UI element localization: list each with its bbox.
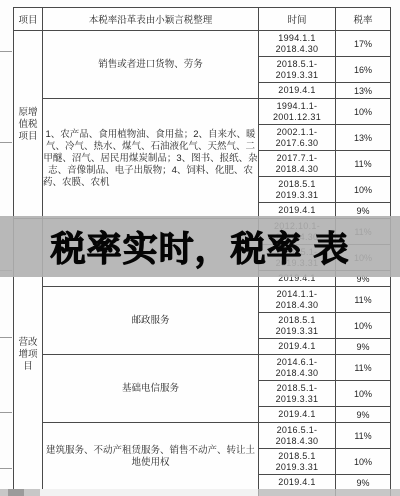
table-row: 邮政服务2014.1.1-2018.4.3011% — [14, 287, 391, 313]
rate-cell: 9% — [336, 339, 391, 355]
time-line: 1994.1.1- — [259, 101, 335, 112]
rate-cell: 17% — [336, 31, 391, 57]
time-line: 2017.6.30 — [259, 138, 335, 149]
time-line: 2019.4.1 — [259, 85, 335, 96]
time-line: 2019.4.1 — [259, 205, 335, 216]
time-line: 2018.5.1 — [259, 451, 335, 462]
page: 项目 本税率沿革表由小颖言税整理 时间 税率 原增值税项目销售或者进口货物、劳务… — [0, 0, 400, 496]
time-line: 2018.4.30 — [259, 300, 335, 311]
time-cell: 2019.4.1 — [259, 407, 336, 423]
time-line: 2018.4.30 — [259, 436, 335, 447]
left-ruler-tick — [0, 142, 12, 143]
time-cell: 1994.1.1-2001.12.31 — [259, 99, 336, 125]
time-line: 2002.1.1- — [259, 127, 335, 138]
time-cell: 2019.4.1 — [259, 83, 336, 99]
time-line: 2019.3.31 — [259, 394, 335, 405]
group-description: 1、农产品、食用植物油、食用盐；2、自来水、暖气、冷气、热水、煤气、石油液化气、… — [43, 99, 259, 219]
time-line: 2018.5.1 — [259, 179, 335, 190]
strip-white-segment — [40, 489, 258, 496]
rate-cell: 11% — [336, 355, 391, 381]
strip-gridline — [335, 489, 336, 496]
group-description: 基础电信服务 — [43, 355, 259, 423]
time-cell: 2018.5.12019.3.31 — [259, 177, 336, 203]
table-row: 原增值税项目销售或者进口货物、劳务1994.1.12018.4.3017% — [14, 31, 391, 57]
watermark-banner: 税率实时，税率 表 — [0, 216, 400, 277]
time-line: 2014.6.1- — [259, 357, 335, 368]
rate-cell: 11% — [336, 423, 391, 449]
time-line: 2018.4.30 — [259, 368, 335, 379]
rate-cell: 11% — [336, 151, 391, 177]
header-item: 项目 — [14, 8, 43, 31]
time-line: 2017.7.1- — [259, 153, 335, 164]
rate-cell: 10% — [336, 313, 391, 339]
time-cell: 2017.7.1-2018.4.30 — [259, 151, 336, 177]
rate-cell: 13% — [336, 83, 391, 99]
time-line: 2019.3.31 — [259, 190, 335, 201]
strip-dark-segment — [8, 489, 24, 496]
time-cell: 2002.1.1-2017.6.30 — [259, 125, 336, 151]
group-description: 销售或者进口货物、劳务 — [43, 31, 259, 99]
left-ruler-tick — [0, 468, 12, 469]
time-line: 2019.4.1 — [259, 341, 335, 352]
time-cell: 2014.1.1-2018.4.30 — [259, 287, 336, 313]
header-rate: 税率 — [336, 8, 391, 31]
strip-gridline — [390, 489, 391, 496]
rate-cell: 11% — [336, 287, 391, 313]
time-line: 2019.3.31 — [259, 70, 335, 81]
time-cell: 2018.5.1-2019.3.31 — [259, 57, 336, 83]
time-line: 1994.1.1 — [259, 33, 335, 44]
time-cell: 2014.6.1-2018.4.30 — [259, 355, 336, 381]
time-cell: 2018.5.12019.3.31 — [259, 313, 336, 339]
rate-cell: 10% — [336, 449, 391, 475]
time-line: 2018.5.1- — [259, 383, 335, 394]
strip-gridline — [258, 489, 259, 496]
left-ruler-tick — [0, 51, 12, 52]
time-cell: 2019.4.1 — [259, 339, 336, 355]
table-row: 1、农产品、食用植物油、食用盐；2、自来水、暖气、冷气、热水、煤气、石油液化气、… — [14, 99, 391, 125]
time-line: 2019.3.31 — [259, 326, 335, 337]
rate-cell: 13% — [336, 125, 391, 151]
time-cell: 2018.5.1-2019.3.31 — [259, 381, 336, 407]
table-row: 建筑服务、不动产租赁服务、销售不动产、转让土地使用权2016.5.1-2018.… — [14, 423, 391, 449]
rate-cell: 10% — [336, 381, 391, 407]
rate-cell: 9% — [336, 407, 391, 423]
time-line: 2019.4.1 — [259, 477, 335, 488]
rate-cell: 10% — [336, 177, 391, 203]
table-header-row: 项目 本税率沿革表由小颖言税整理 时间 税率 — [14, 8, 391, 31]
table-row: 基础电信服务2014.6.1-2018.4.3011% — [14, 355, 391, 381]
left-ruler-tick — [0, 337, 12, 338]
time-cell: 2018.5.12019.3.31 — [259, 449, 336, 475]
left-ruler-tick — [0, 412, 12, 413]
bottom-cropped-strip — [0, 489, 400, 496]
time-line: 2014.1.1- — [259, 289, 335, 300]
group-description: 邮政服务 — [43, 287, 259, 355]
rate-cell: 16% — [336, 57, 391, 83]
time-line: 2018.5.1- — [259, 59, 335, 70]
time-line: 2018.4.30 — [259, 44, 335, 55]
section-label: 原增值税项目 — [14, 31, 43, 219]
group-description: 建筑服务、不动产租赁服务、销售不动产、转让土地使用权 — [43, 423, 259, 491]
time-line: 2018.5.1 — [259, 315, 335, 326]
time-line: 2016.5.1- — [259, 425, 335, 436]
rate-cell: 10% — [336, 99, 391, 125]
time-cell: 1994.1.12018.4.30 — [259, 31, 336, 57]
time-line: 2019.4.1 — [259, 409, 335, 420]
time-cell: 2016.5.1-2018.4.30 — [259, 423, 336, 449]
time-line: 2001.12.31 — [259, 112, 335, 123]
time-line: 2019.3.31 — [259, 462, 335, 473]
time-line: 2018.4.30 — [259, 164, 335, 175]
header-time: 时间 — [259, 8, 336, 31]
header-note: 本税率沿革表由小颖言税整理 — [43, 8, 259, 31]
watermark-title: 税率实时，税率 表 — [51, 222, 350, 272]
